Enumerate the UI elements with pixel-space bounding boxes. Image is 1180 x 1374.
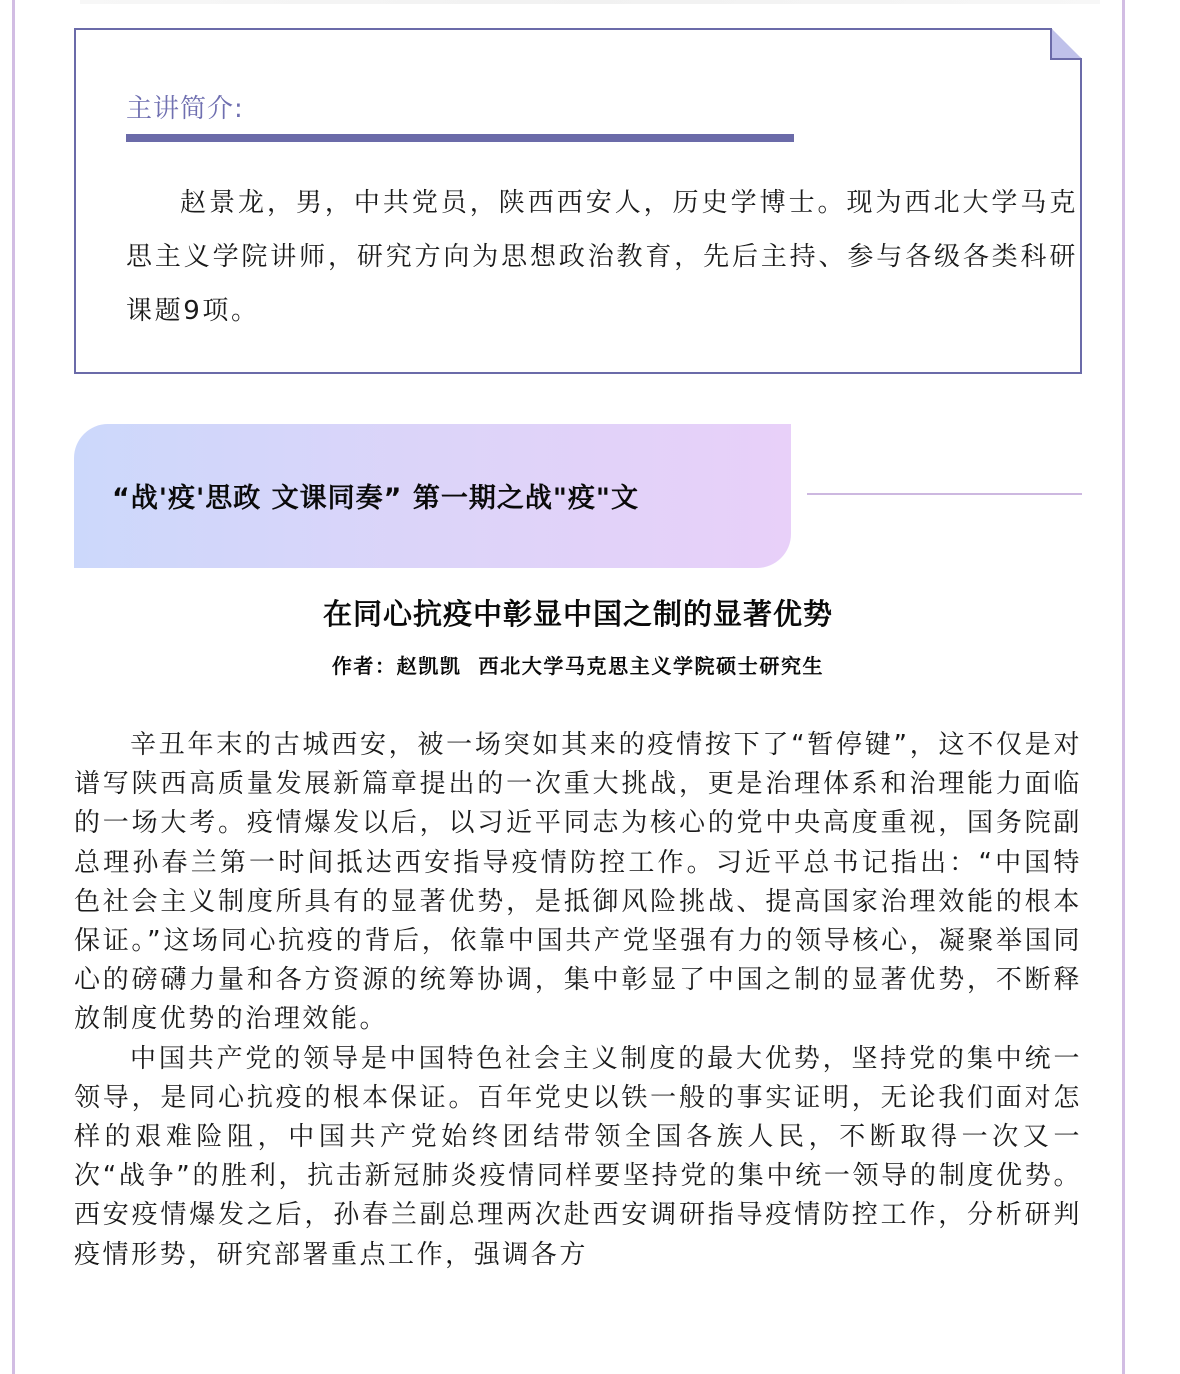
speaker-intro-text: 赵景龙，男，中共党员，陕西西安人，历史学博士。现为西北大学马克思主义学院讲师，研… — [126, 176, 1078, 338]
section-banner-title: “战'疫'思政 文课同奏” 第一期之战"疫"文 — [112, 476, 639, 515]
speaker-intro-heading: 主讲简介: — [126, 88, 244, 125]
article-author-line: 作者：赵凯凯 西北大学马克思主义学院硕士研究生 — [0, 650, 1156, 679]
article-paragraph: 中国共产党的领导是中国特色社会主义制度的最大优势，坚持党的集中统一领导，是同心抗… — [74, 1040, 1082, 1275]
article-body: 辛丑年末的古城西安，被一场突如其来的疫情按下了“暂停键”，这不仅是对谱写陕西高质… — [74, 726, 1082, 1275]
section-banner: “战'疫'思政 文课同奏” 第一期之战"疫"文 — [74, 424, 791, 568]
folded-corner-icon — [1049, 28, 1082, 61]
section-divider-line — [807, 493, 1082, 495]
heading-underline-bar — [126, 134, 794, 142]
top-edge-shadow — [80, 0, 1100, 4]
page-frame-right-border — [1122, 0, 1125, 1374]
speaker-intro-card: 主讲简介: 赵景龙，男，中共党员，陕西西安人，历史学博士。现为西北大学马克思主义… — [74, 28, 1082, 374]
article-title: 在同心抗疫中彰显中国之制的显著优势 — [0, 592, 1156, 633]
page-frame-left-border — [12, 0, 15, 1374]
article-paragraph: 辛丑年末的古城西安，被一场突如其来的疫情按下了“暂停键”，这不仅是对谱写陕西高质… — [74, 726, 1082, 1040]
